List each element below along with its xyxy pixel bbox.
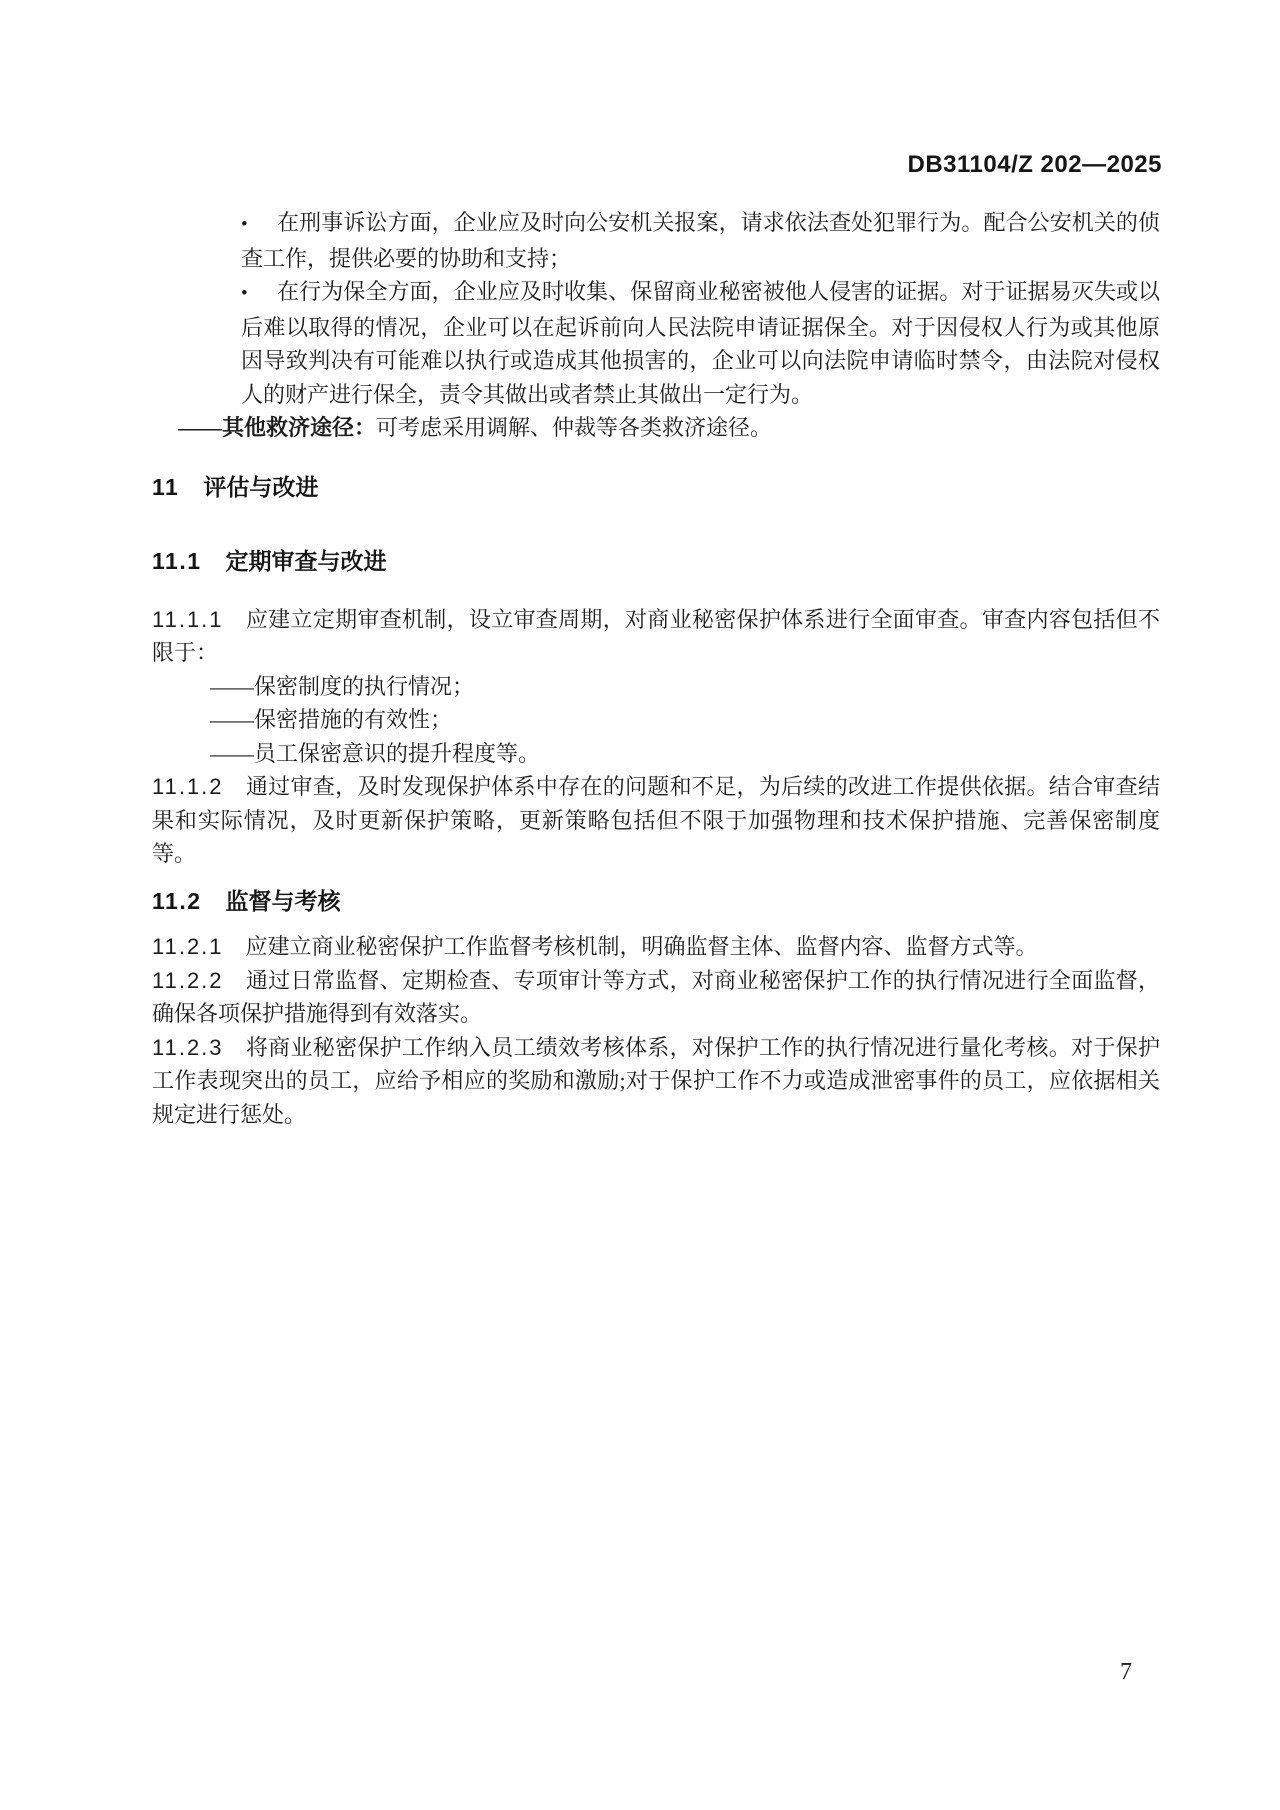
section-number: 11.1 [152,548,202,574]
bullet-item-conduct-preservation: •在行为保全方面，企业应及时收集、保留商业秘密被他人侵害的证据。对于证据易灭失或… [152,275,1160,411]
clause-11-1-2: 11.1.2通过审查，及时发现保护体系中存在的问题和不足，为后续的改进工作提供依… [152,770,1160,871]
dash-item-confidentiality-system: ——保密制度的执行情况； [210,670,1160,704]
standard-code-header: DB31104/Z 202—2025 [907,151,1162,179]
clause-text: 通过审查，及时发现保护体系中存在的问题和不足，为后续的改进工作提供依据。结合审查… [152,774,1160,866]
dash-item-lead-bold: ——其他救济途径： [178,415,376,440]
clause-11-2-3: 11.2.3将商业秘密保护工作纳入员工绩效考核体系，对保护工作的执行情况进行量化… [152,1031,1160,1132]
section-title: 评估与改进 [203,474,318,500]
clause-number: 11.1.1 [152,607,224,632]
dash-item-text: ——保密制度的执行情况； [210,674,474,699]
dash-item-text: ——保密措施的有效性； [210,707,452,732]
clause-11-1-1: 11.1.1应建立定期审查机制，设立审查周期，对商业秘密保护体系进行全面审查。审… [152,603,1160,670]
dash-item-other-remedies: ——其他救济途径：可考虑采用调解、仲裁等各类救济途径。 [178,411,1160,445]
dash-item-text: ——员工保密意识的提升程度等。 [210,741,540,766]
clause-text: 通过日常监督、定期检查、专项审计等方式，对商业秘密保护工作的执行情况进行全面监督… [152,968,1160,1027]
clause-text: 应建立商业秘密保护工作监督考核机制，明确监督主体、监督内容、监督方式等。 [246,934,1038,959]
clause-number: 11.1.2 [152,774,224,799]
clause-number: 11.2.3 [152,1035,224,1060]
bullet-text: 在刑事诉讼方面，企业应及时向公安机关报案，请求依法查处犯罪行为。配合公安机关的侦… [241,210,1160,271]
section-title: 监督与考核 [226,888,341,914]
section-title: 定期审查与改进 [226,548,387,574]
clause-number: 11.2.2 [152,968,224,993]
clause-number: 11.2.1 [152,934,224,959]
section-number: 11 [152,474,179,500]
section-number: 11.2 [152,888,202,914]
dash-item-text: 可考虑采用调解、仲裁等各类救济途径。 [376,415,772,440]
clause-text: 将商业秘密保护工作纳入员工绩效考核体系，对保护工作的执行情况进行量化考核。对于保… [152,1035,1160,1127]
clause-text: 应建立定期审查机制，设立审查周期，对商业秘密保护体系进行全面审查。审查内容包括但… [152,607,1160,666]
page-number: 7 [1120,1659,1132,1686]
clause-11-2-2: 11.2.2通过日常监督、定期检查、专项审计等方式，对商业秘密保护工作的执行情况… [152,964,1160,1031]
dash-item-employee-awareness: ——员工保密意识的提升程度等。 [210,737,1160,771]
section-heading-11-2: 11.2监督与考核 [152,885,1160,919]
dash-item-measures-effectiveness: ——保密措施的有效性； [210,703,1160,737]
bullet-item-criminal-litigation: •在刑事诉讼方面，企业应及时向公安机关报案，请求依法查处犯罪行为。配合公安机关的… [152,206,1160,275]
section-heading-11-1: 11.1定期审查与改进 [152,545,1160,579]
bullet-icon: • [241,277,277,311]
clause-11-2-1: 11.2.1应建立商业秘密保护工作监督考核机制，明确监督主体、监督内容、监督方式… [152,930,1160,964]
section-heading-11: 11评估与改进 [152,471,1160,505]
bullet-text: 在行为保全方面，企业应及时收集、保留商业秘密被他人侵害的证据。对于证据易灭失或以… [241,279,1160,407]
page-content: •在刑事诉讼方面，企业应及时向公安机关报案，请求依法查处犯罪行为。配合公安机关的… [152,206,1160,1131]
bullet-icon: • [241,208,277,242]
document-page: DB31104/Z 202—2025 •在刑事诉讼方面，企业应及时向公安机关报案… [0,0,1280,1810]
